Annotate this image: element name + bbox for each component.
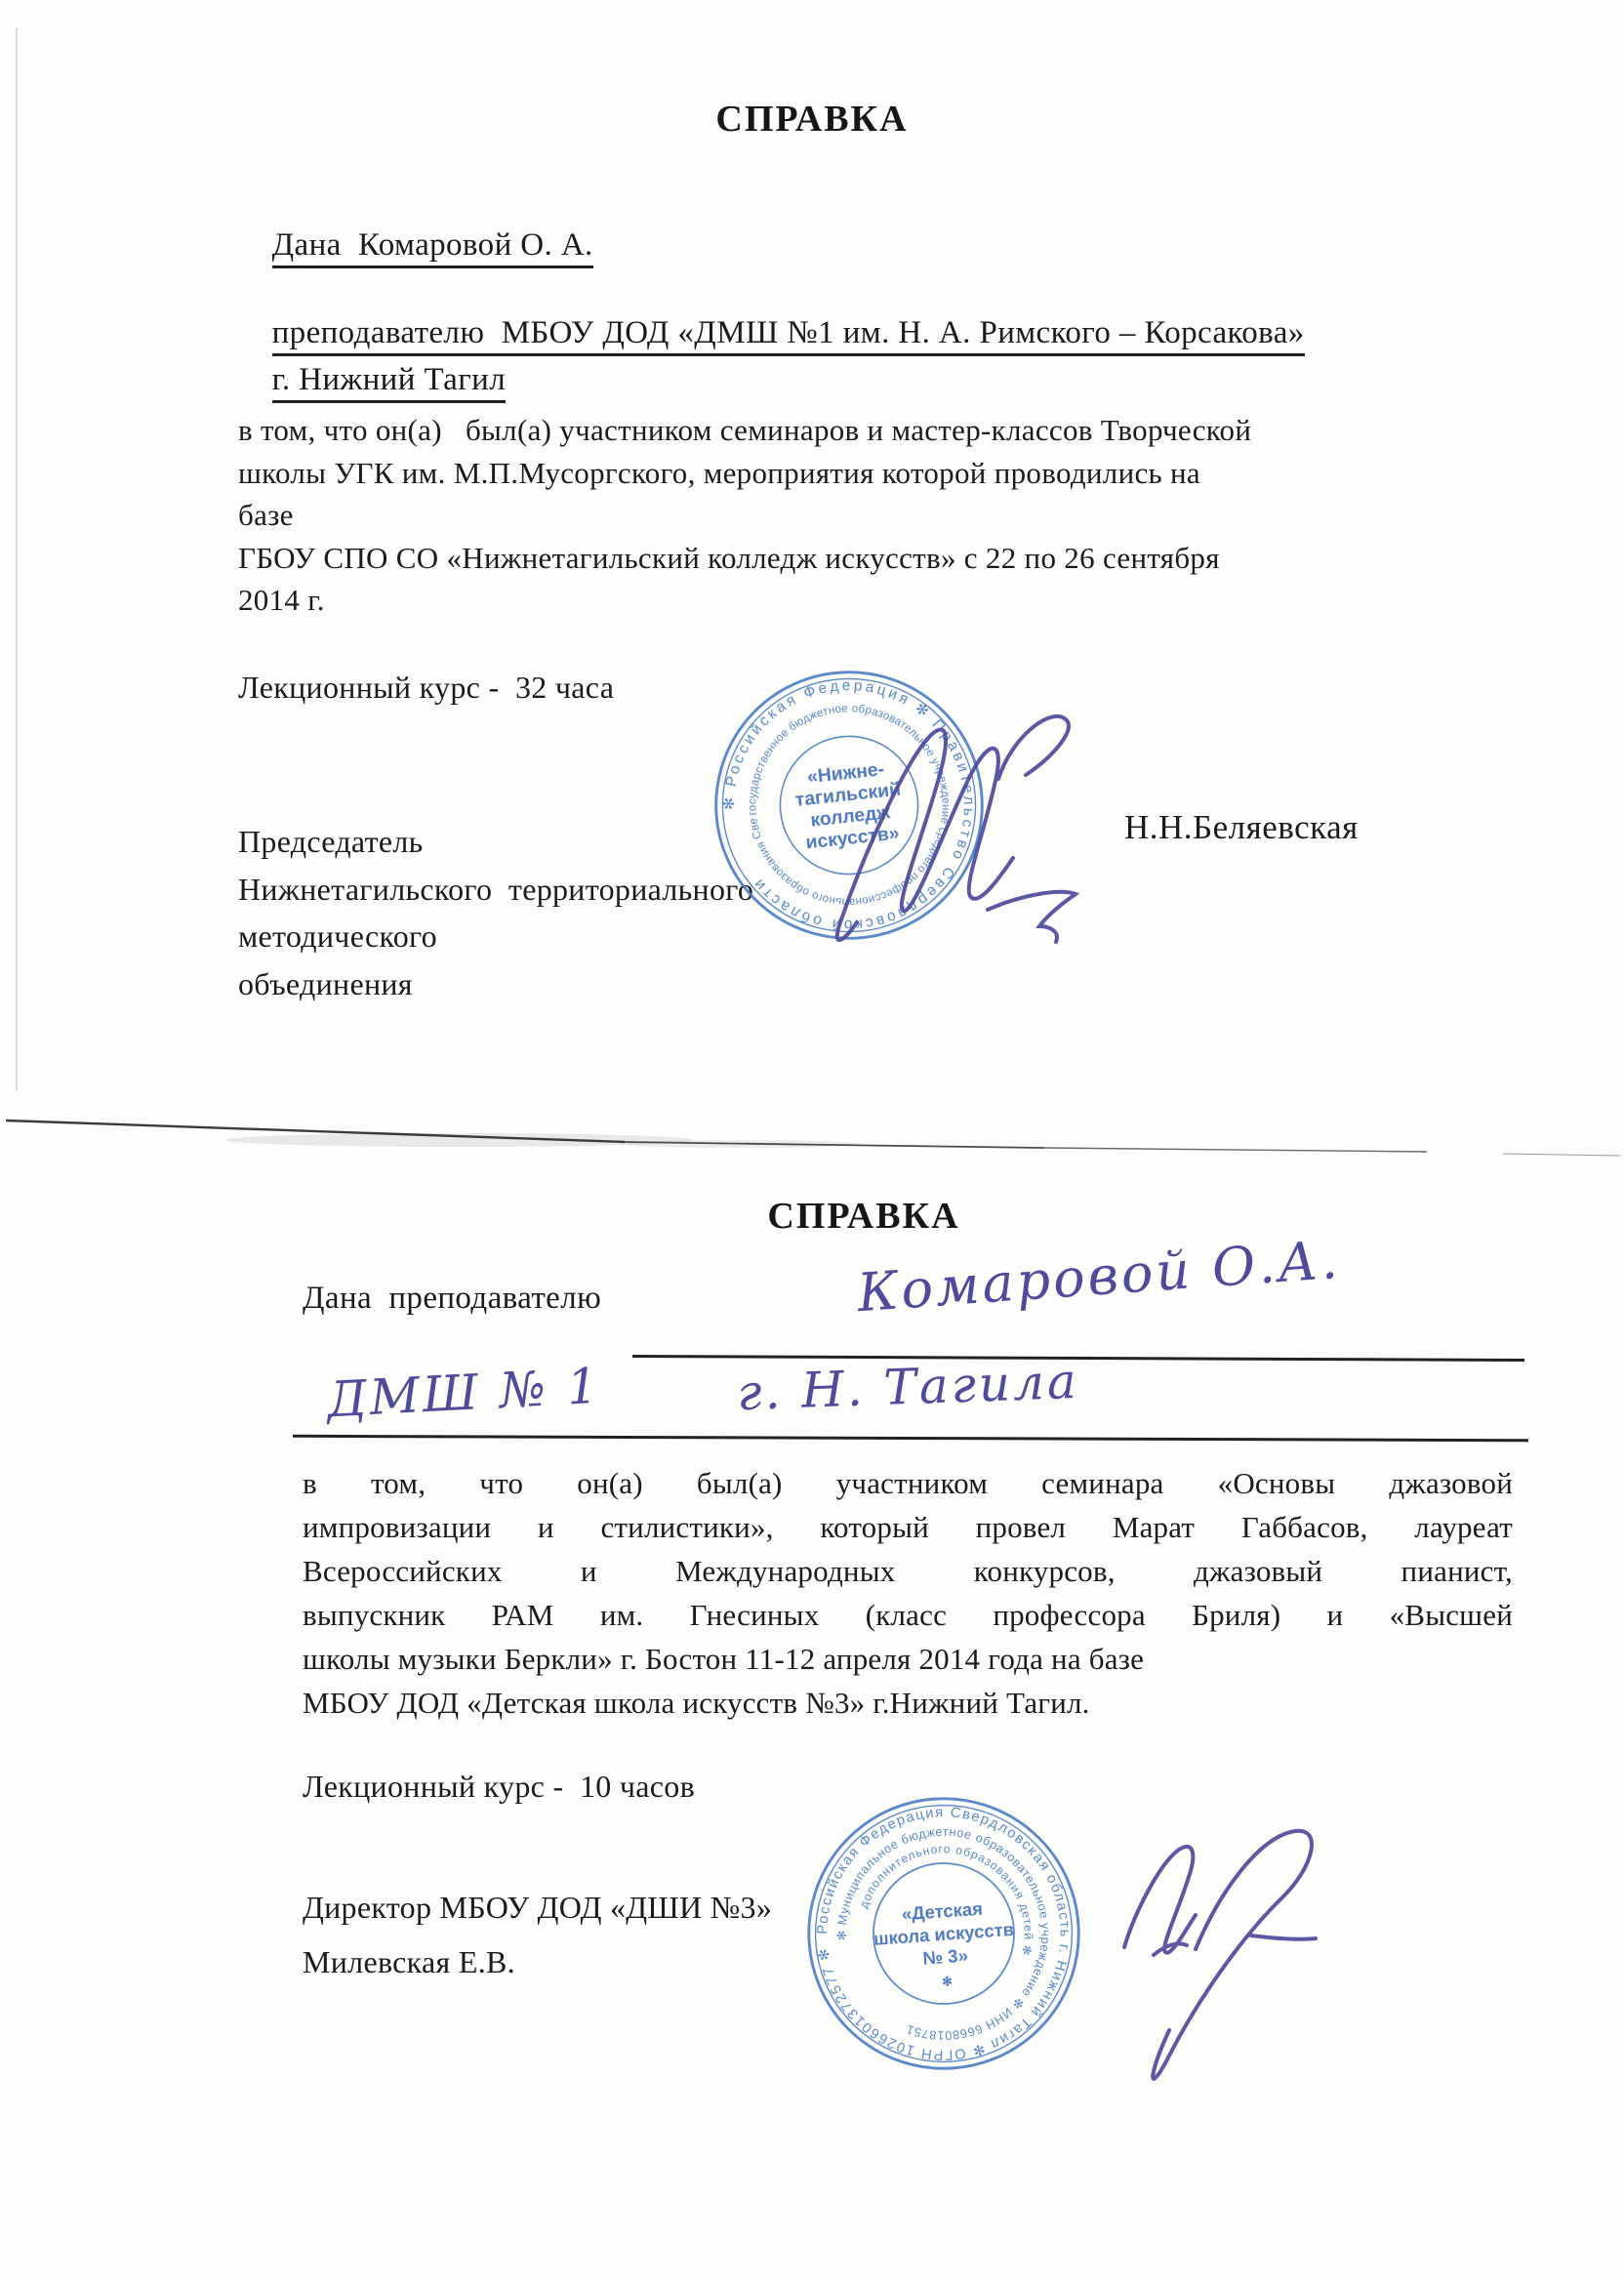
doc1-recipient-line2-text: г. Нижний Тагил (272, 362, 506, 403)
doc2-stamp-center-line: «Детская (901, 1898, 983, 1925)
doc2-body-line: Всероссийских и Международных конкурсов,… (303, 1549, 1513, 1593)
doc2-stamp-center-line: № 3» (922, 1945, 969, 1969)
doc1-signer-name: Н.Н.Беляевская (1124, 808, 1359, 847)
doc2-body-line: школы музыки Беркли» г. Бостон 11-12 апр… (303, 1637, 1513, 1681)
doc2-body-line: в том, что он(а) был(а) участником семин… (303, 1461, 1513, 1505)
doc2-body-line: импровизации и стилистики», который пров… (303, 1505, 1513, 1549)
doc1-body-line: школы УГК им. М.П.Мусоргского, мероприят… (238, 452, 1487, 495)
doc1-body-line: ГБОУ СПО СО «Нижнетагильский колледж иск… (238, 537, 1487, 580)
doc2-handwritten-city: г. Н. Тагила (736, 1353, 1080, 1421)
doc2-stamp-center-star: ✻ (942, 1975, 954, 1989)
doc2-handwritten-school: ДМШ № 1 (326, 1358, 602, 1429)
doc2-director-line: Директор МБОУ ДОД «ДШИ №3» (303, 1890, 772, 1926)
doc1-body-paragraph: в том, что он(а) был(а) участником семин… (238, 409, 1487, 622)
doc1-course-line: Лекционный курс - 32 часа (238, 670, 614, 706)
doc2-issued-to-label: Дана преподавателю (303, 1281, 601, 1317)
doc2-stamp-center-line: школа искусств (873, 1919, 1014, 1949)
doc2-fill-in-line (293, 1435, 1528, 1442)
doc1-handwritten-signature (820, 683, 1142, 966)
doc1-title: СПРАВКА (588, 98, 1036, 141)
doc2-handwritten-signature (1103, 1811, 1386, 2094)
doc2-body-line: МБОУ ДОД «Детская школа искусств №3» г.Н… (303, 1681, 1513, 1725)
doc2-body-paragraph: в том, что он(а) был(а) участником семин… (303, 1461, 1513, 1725)
doc2-course-line: Лекционный курс - 10 часов (303, 1769, 695, 1805)
doc1-body-line: в том, что он(а) был(а) участником семин… (238, 409, 1487, 452)
doc2-handwritten-name: Комаровой О.А. (855, 1229, 1342, 1324)
doc2-body-line: выпускник РАМ им. Гнесиных (класс профес… (303, 1593, 1513, 1637)
doc1-body-line: базе (238, 494, 1487, 537)
doc2-director-name: Милевская Е.В. (303, 1944, 515, 1980)
scan-left-edge (16, 27, 18, 1091)
doc2-round-stamp: Российская Федерация Свердловская област… (792, 1781, 1096, 2086)
doc2-fill-in-line (632, 1355, 1524, 1362)
doc1-body-line: 2014 г. (238, 579, 1487, 622)
doc2-title: СПРАВКА (639, 1195, 1088, 1238)
scan-seam (0, 1101, 1624, 1169)
doc1-signer-role-line: объединения (238, 960, 1116, 1008)
scanned-certificate-page: СПРАВКА Дана Комаровой О. А. преподавате… (0, 0, 1624, 2282)
doc1-issued-to-text: Дана Комаровой О. А. (272, 227, 593, 268)
